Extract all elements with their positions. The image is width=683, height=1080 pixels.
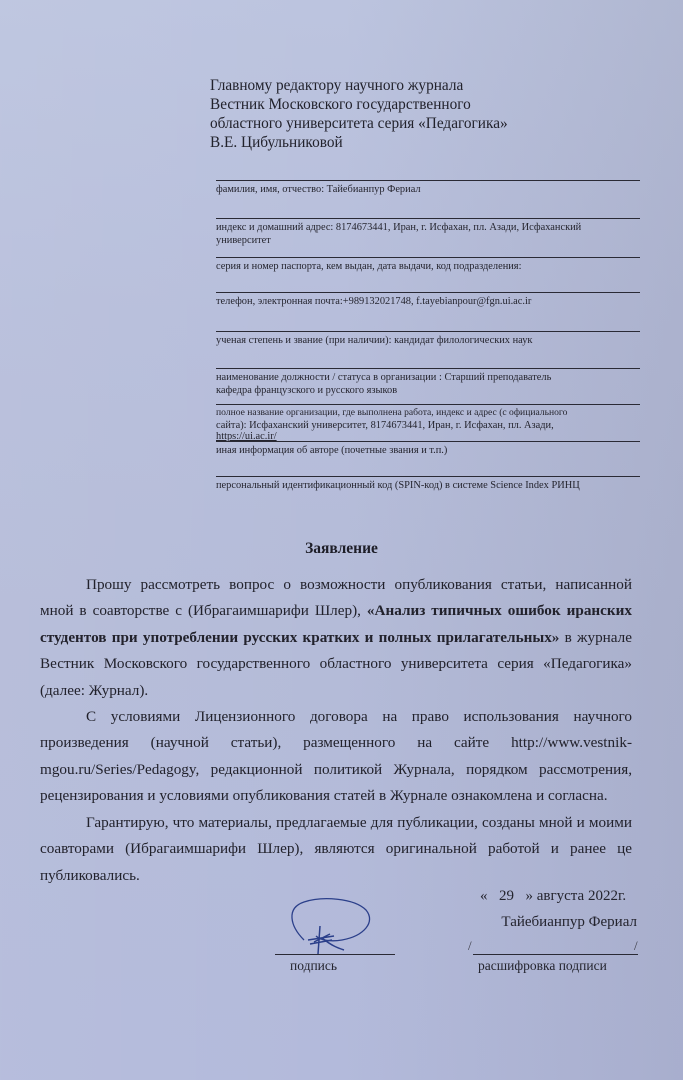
field-passport-text: серия и номер паспорта, кем выдан, дата … xyxy=(216,260,640,273)
p2-text: С условиями Лицензионного договора на пр… xyxy=(40,704,632,810)
signature-label: подпись xyxy=(290,958,337,974)
field-degree-text: ученая степень и звание (при наличии): к… xyxy=(216,334,640,347)
statement-paragraph-3: Гарантирую, что материалы, предлагаемые … xyxy=(40,810,632,889)
signer-name: Тайебианпур Фериал xyxy=(501,914,637,931)
field-organization: полное название организации, где выполне… xyxy=(216,404,640,442)
date-open-quote: « xyxy=(480,888,488,904)
field-position: наименование должности / статуса в орган… xyxy=(216,368,640,397)
addressee-line: В.Е. Цибульниковой xyxy=(210,133,508,152)
field-full-name-text: фамилия, имя, отчество: Тайебианпур Фери… xyxy=(216,183,640,196)
field-other-info-text: иная информация об авторе (почетные зван… xyxy=(216,444,640,457)
date-day: 29 xyxy=(488,888,526,905)
field-address-line1: индекс и домашний адрес: 8174673441, Ира… xyxy=(216,221,640,234)
field-position-line1: наименование должности / статуса в орган… xyxy=(216,371,640,384)
statement-paragraph-1: Прошу рассмотреть вопрос о возможности о… xyxy=(40,572,632,704)
field-spin-code: персональный идентификационный код (SPIN… xyxy=(216,476,640,492)
field-address: индекс и домашний адрес: 8174673441, Ира… xyxy=(216,218,640,247)
field-degree: ученая степень и звание (при наличии): к… xyxy=(216,331,640,347)
slash-left: / xyxy=(468,938,472,954)
statement-paragraph-2: С условиями Лицензионного договора на пр… xyxy=(40,704,632,810)
date-month-year: » августа 2022г. xyxy=(526,888,627,904)
field-passport: серия и номер паспорта, кем выдан, дата … xyxy=(216,257,640,273)
field-organization-line2: сайта): Исфаханский университет, 8174673… xyxy=(216,419,640,432)
field-contacts-text: телефон, электронная почта:+989132021748… xyxy=(216,295,640,308)
signature-rule xyxy=(275,954,395,955)
slash-right: / xyxy=(634,938,638,954)
date-line: «29» августа 2022г. xyxy=(480,888,626,905)
addressee-block: Главному редактору научного журнала Вест… xyxy=(210,76,508,152)
field-full-name: фамилия, имя, отчество: Тайебианпур Фери… xyxy=(216,180,640,196)
addressee-line: Вестник Московского государственного xyxy=(210,95,508,114)
addressee-line: областного университета серия «Педагогик… xyxy=(210,114,508,133)
decode-rule xyxy=(473,954,638,955)
statement-title: Заявление xyxy=(0,540,683,558)
field-position-line2: кафедра французского и русского языков xyxy=(216,384,640,397)
field-contacts: телефон, электронная почта:+989132021748… xyxy=(216,292,640,308)
handwritten-signature-icon xyxy=(282,896,382,958)
p3-text: Гарантирую, что материалы, предлагаемые … xyxy=(40,810,632,889)
signature-decode-label: расшифровка подписи xyxy=(478,958,607,974)
field-spin-code-text: персональный идентификационный код (SPIN… xyxy=(216,479,640,492)
field-address-line2: университет xyxy=(216,234,640,247)
field-other-info: иная информация об авторе (почетные зван… xyxy=(216,441,640,457)
field-organization-line1: полное название организации, где выполне… xyxy=(216,407,640,419)
addressee-line: Главному редактору научного журнала xyxy=(210,76,508,95)
